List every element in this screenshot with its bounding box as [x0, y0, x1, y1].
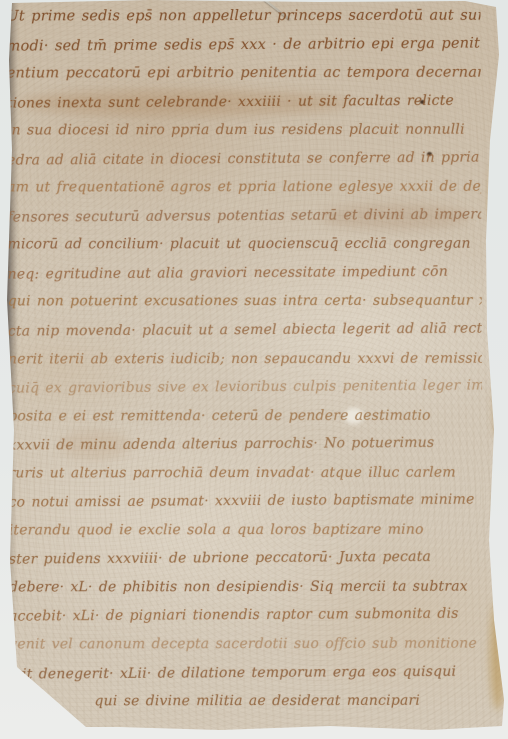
right-edge-stain [490, 160, 504, 240]
manuscript-line: venit vel canonum decepta sacerdotii suo… [9, 630, 483, 659]
manuscript-line: edra ad aliā citate in diocesi constitut… [7, 143, 481, 175]
manuscript-photo: Ut prime sedis eps̄ non appelletur princ… [0, 0, 508, 739]
manuscript-line: xxxvii de minu adenda alterius parrochis… [8, 429, 482, 461]
manuscript-line: nerit iterii ab exteris iudicib; non sep… [8, 344, 482, 373]
manuscript-line: modi· sed tm̄ prime sedis eps̄ xxx · de … [6, 29, 480, 61]
manuscript-line: debere· xL· de phibitis non desipiendis·… [9, 573, 483, 602]
manuscript-line: micorū ad concilium· placuit ut quociens… [7, 230, 481, 259]
manuscript-line: am ut frequentationē agros et ppria lati… [7, 173, 481, 202]
right-edge-stain [490, 600, 506, 710]
manuscript-text-block: Ut prime sedis eps̄ non appelletur princ… [6, 1, 483, 739]
manuscript-line: neq: egritudine aut alia graviori necess… [7, 257, 481, 289]
parchment-leaf: Ut prime sedis eps̄ non appelletur princ… [0, 0, 508, 739]
manuscript-line: in sua diocesi id niro ppria dum ius res… [7, 116, 481, 145]
right-edge-stain [492, 380, 502, 440]
manuscript-line: cuiq̄ ex gravioribus sive ex levioribus … [8, 372, 482, 404]
manuscript-line: Ut prime sedis eps̄ non appelletur princ… [6, 2, 480, 31]
manuscript-line: tiones inexta sunt celebrande· xxxiiii ·… [7, 86, 481, 118]
manuscript-line: iterandu quod ie exclie sola a qua loros… [9, 515, 483, 544]
manuscript-line: fensores secuturū adversus potentias set… [7, 200, 481, 232]
manuscript-line: cta nip movenda· placuit ut a semel abie… [8, 314, 482, 346]
manuscript-line: ruris ut alterius parrochiā deum invadat… [8, 458, 482, 487]
manuscript-line: entium peccatorū epi arbitrio penitentia… [7, 59, 481, 88]
manuscript-line: ntur· qui se divine militia ae desiderat… [9, 687, 483, 716]
manuscript-line: trit denegerit· xLii· de dilatione tempo… [9, 657, 483, 689]
manuscript-line: co notui amissi ae psumat· xxxviii de iu… [8, 486, 482, 518]
manuscript-line: posita e ei est remittenda· ceterū de pe… [8, 401, 482, 430]
manuscript-line: ster puidens xxxviiii· de ubrione peccat… [9, 543, 483, 575]
manuscript-line: qui non potuerint excusationes suas intr… [8, 287, 482, 316]
manuscript-line: accebit· xLi· de pigniari tionendis rapt… [9, 600, 483, 632]
